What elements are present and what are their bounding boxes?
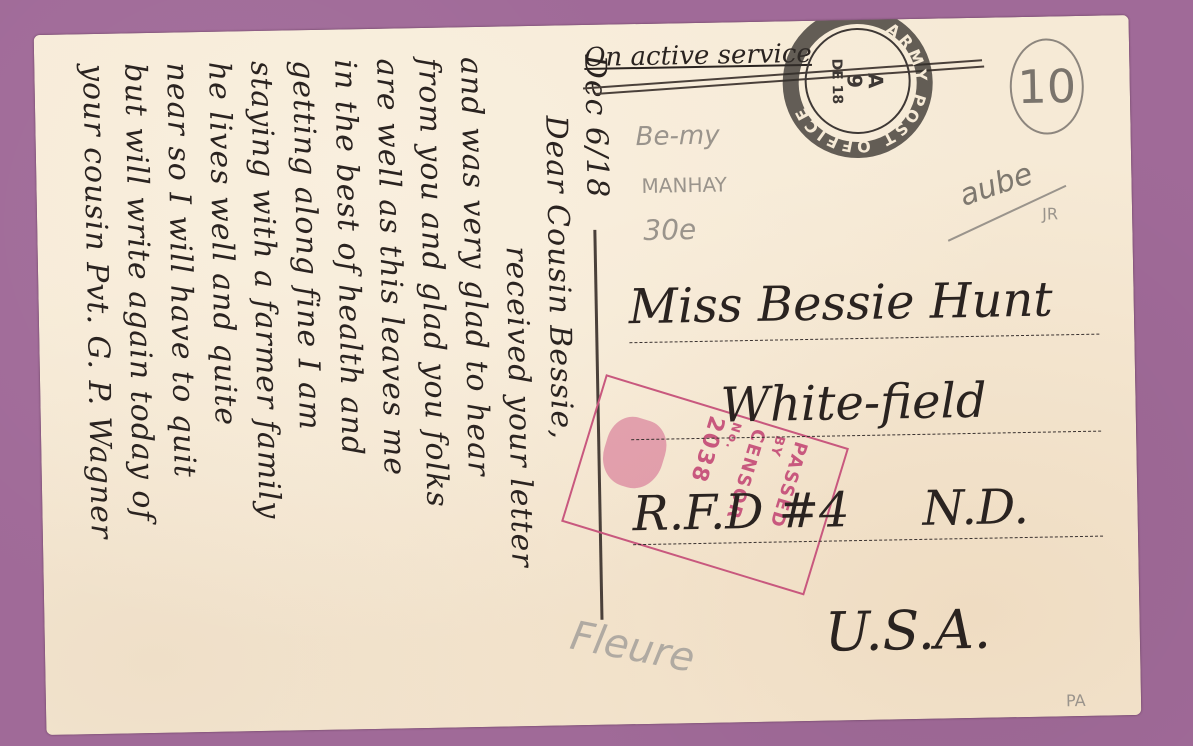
- recipient-route: R.F.D #4: [632, 482, 850, 542]
- circled-number: 10: [1009, 38, 1085, 135]
- message-line: received your letter: [499, 246, 540, 568]
- pencil-note: 30e: [643, 213, 696, 247]
- message-line: are well as this leaves me: [369, 58, 412, 476]
- message-line: in the best of health and: [327, 59, 369, 456]
- message-signature: your cousin Pvt. G. P. Wagner: [75, 64, 119, 540]
- message-line: staying with a farmer family: [243, 61, 286, 520]
- message-line: but will write again today of: [117, 63, 160, 522]
- header-note: On active service: [584, 39, 812, 73]
- message-line: from you and glad you folks: [411, 58, 454, 509]
- pencil-corner-note: PA: [1066, 691, 1086, 710]
- message-date: Dec 6/18: [577, 54, 615, 198]
- recipient-country: U.S.A.: [824, 598, 991, 664]
- message-area: Dec 6/18 Dear Cousin Bessie, received yo…: [52, 34, 624, 724]
- message-line: Dear Cousin Bessie,: [538, 115, 579, 440]
- postmark-ring-text-wrap: ARMY POST OFFICE: [781, 15, 934, 159]
- pencil-note: Be-my: [635, 121, 719, 153]
- message-line: and was very glad to hear: [453, 57, 496, 477]
- svg-text:ARMY POST OFFICE: ARMY POST OFFICE: [788, 18, 932, 157]
- recipient-name: Miss Bessie Hunt: [628, 271, 1053, 335]
- recipient-state: N.D.: [922, 479, 1029, 537]
- message-line: getting along fine I am: [285, 60, 327, 431]
- pencil-note: MANHAY: [641, 172, 727, 198]
- message-line: near so I will have to quit: [159, 62, 202, 478]
- postmark-ring-svg: ARMY POST OFFICE: [781, 15, 934, 159]
- pencil-initials: JR: [1042, 204, 1058, 223]
- recipient-town: White-field: [720, 373, 987, 434]
- postcard: Dec 6/18 Dear Cousin Bessie, received yo…: [34, 15, 1142, 735]
- message-line: he lives well and quite: [201, 61, 243, 426]
- crown-icon: [595, 411, 673, 495]
- address-line-1: [629, 334, 1099, 344]
- postmark-ring-text: ARMY POST OFFICE: [788, 18, 932, 157]
